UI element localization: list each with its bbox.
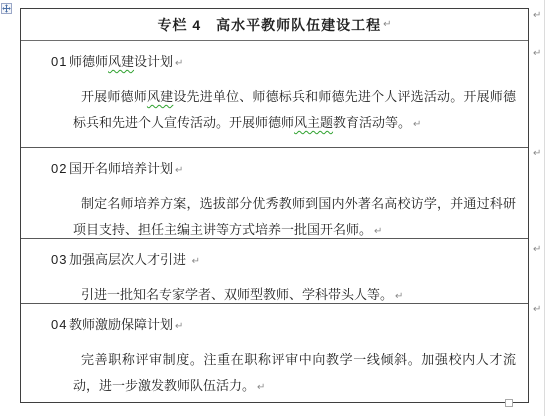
item-04-body: 完善职称评审制度。注重在职称评审中向教学一线倾斜。加强校内人才流动，进一步激发教…	[73, 347, 516, 401]
paragraph-mark-icon: ↵	[374, 226, 382, 237]
margin-paragraph-mark-icon: ↵	[533, 10, 541, 21]
margin-paragraph-mark-icon: ↵	[533, 304, 541, 315]
body-text: 完善职称评审制度。注重在职称评审中向教学一线倾斜。加强校内人才流动，进一步激发教…	[73, 352, 516, 393]
project-table: 专栏 4 高水平教师队伍建设工程↵ 01师德师风建设计划↵ 开展师德师风建设先进…	[20, 8, 529, 403]
item-title-segment: 设计划	[134, 54, 173, 69]
item-number: 01	[51, 53, 69, 70]
document-page: 专栏 4 高水平教师队伍建设工程↵ 01师德师风建设计划↵ 开展师德师风建设先进…	[0, 0, 546, 416]
paragraph-mark-icon: ↵	[192, 256, 200, 267]
item-02-body: 制定名师培养方案，选拔部分优秀教师到国内外著名高校访学，并通过科研项目支持、担任…	[73, 191, 516, 239]
paragraph-mark-icon: ↵	[383, 19, 391, 30]
page-edge-divider	[544, 0, 545, 416]
margin-paragraph-mark-icon: ↵	[533, 48, 541, 59]
grammar-squiggle-text: 风建	[108, 54, 134, 69]
item-title: 国开名师培养计划	[69, 161, 173, 176]
margin-paragraph-mark-icon: ↵	[533, 244, 541, 255]
margin-paragraph-mark-icon: ↵	[533, 148, 541, 159]
table-row-03: 03加强高层次人才引进 ↵ 引进一批知名专家学者、双师型教师、学科带头人等。↵	[21, 239, 528, 304]
item-title-segment: 师德师	[69, 54, 108, 69]
paragraph-mark-icon: ↵	[413, 119, 421, 130]
item-01-heading: 01师德师风建设计划↵	[51, 53, 524, 72]
table-row-02: 02国开名师培养计划↵ 制定名师培养方案，选拔部分优秀教师到国内外著名高校访学，…	[21, 148, 528, 239]
table-title: 专栏 4 高水平教师队伍建设工程	[157, 15, 381, 35]
item-number: 03	[51, 251, 69, 268]
body-segment: 教育活动等。	[333, 115, 411, 130]
table-title-row: 专栏 4 高水平教师队伍建设工程↵	[21, 9, 528, 41]
table-move-handle-icon[interactable]	[1, 1, 12, 12]
item-title: 教师激励保障计划	[69, 317, 173, 332]
item-title: 加强高层次人才引进	[69, 252, 190, 267]
item-03-heading: 03加强高层次人才引进 ↵	[51, 251, 524, 270]
paragraph-mark-icon: ↵	[175, 165, 183, 176]
paragraph-mark-icon: ↵	[175, 58, 183, 69]
item-03-body: 引进一批知名专家学者、双师型教师、学科带头人等。↵	[73, 282, 516, 304]
body-segment: 开展师德师	[81, 89, 147, 104]
item-01-body: 开展师德师风建设先进单位、师德标兵和师德先进个人评选活动。开展师德标兵和先进个人…	[73, 84, 516, 138]
paragraph-mark-icon: ↵	[175, 321, 183, 332]
table-row-04: 04教师激励保障计划↵ 完善职称评审制度。注重在职称评审中向教学一线倾斜。加强校…	[21, 304, 528, 402]
paragraph-mark-icon: ↵	[395, 291, 403, 302]
item-04-heading: 04教师激励保障计划↵	[51, 316, 524, 335]
item-number: 02	[51, 160, 69, 177]
table-row-01: 01师德师风建设计划↵ 开展师德师风建设先进单位、师德标兵和师德先进个人评选活动…	[21, 41, 528, 148]
item-number: 04	[51, 316, 69, 333]
paragraph-mark-icon: ↵	[257, 382, 265, 393]
item-02-heading: 02国开名师培养计划↵	[51, 160, 524, 179]
grammar-squiggle-text: 风建	[147, 89, 173, 104]
body-text: 制定名师培养方案，选拔部分优秀教师到国内外著名高校访学，并通过科研项目支持、担任…	[73, 196, 516, 237]
body-text: 引进一批知名专家学者、双师型教师、学科带头人等。	[81, 287, 393, 302]
grammar-squiggle-text: 风主题	[294, 115, 333, 130]
table-resize-handle[interactable]	[505, 399, 513, 407]
